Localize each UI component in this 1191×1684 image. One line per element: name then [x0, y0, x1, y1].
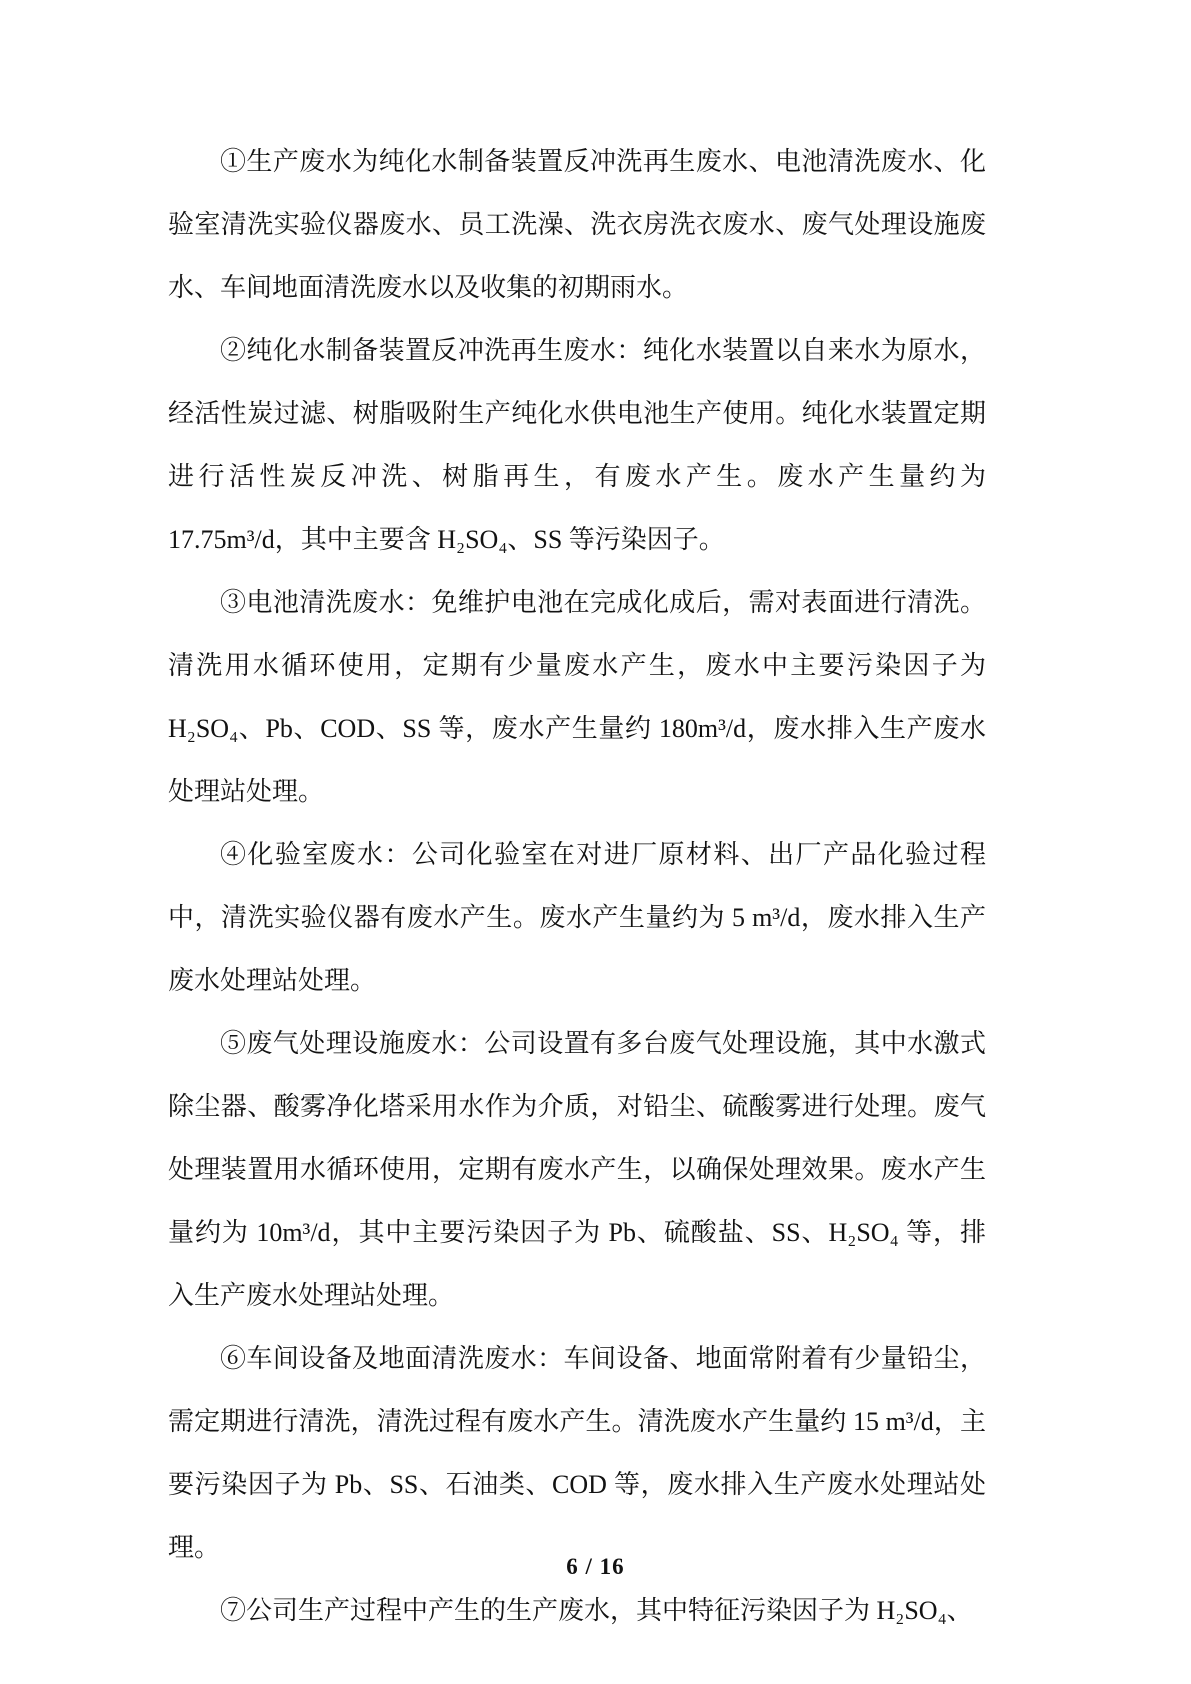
document-body: ①生产废水为纯化水制备装置反冲洗再生废水、电池清洗废水、化验室清洗实验仪器废水、… [168, 130, 986, 1642]
paragraph-5-gas-treatment-facility-wastewater: ⑤废气处理设施废水：公司设置有多台废气处理设施，其中水激式除尘器、酸雾净化塔采用… [168, 1012, 986, 1327]
paragraph-4-laboratory-wastewater: ④化验室废水：公司化验室在对进厂原材料、出厂产品化验过程中，清洗实验仪器有废水产… [168, 823, 986, 1012]
page-footer: 6 / 16 [0, 1554, 1191, 1580]
paragraph-2-purified-water-backwash-wastewater: ②纯化水制备装置反冲洗再生废水：纯化水装置以自来水为原水，经活性炭过滤、树脂吸附… [168, 319, 986, 571]
document-page: ①生产废水为纯化水制备装置反冲洗再生废水、电池清洗废水、化验室清洗实验仪器废水、… [0, 0, 1191, 1684]
paragraph-6-workshop-floor-cleaning-wastewater: ⑥车间设备及地面清洗废水：车间设备、地面常附着有少量铅尘，需定期进行清洗，清洗过… [168, 1327, 986, 1579]
paragraph-1-production-wastewater-overview: ①生产废水为纯化水制备装置反冲洗再生废水、电池清洗废水、化验室清洗实验仪器废水、… [168, 130, 986, 319]
page-number: 6 / 16 [566, 1554, 624, 1579]
paragraph-3-battery-cleaning-wastewater: ③电池清洗废水：免维护电池在完成化成后，需对表面进行清洗。清洗用水循环使用，定期… [168, 571, 986, 823]
paragraph-7-characteristic-pollutants: ⑦公司生产过程中产生的生产废水，其中特征污染因子为 H₂SO₄、 [168, 1579, 986, 1642]
